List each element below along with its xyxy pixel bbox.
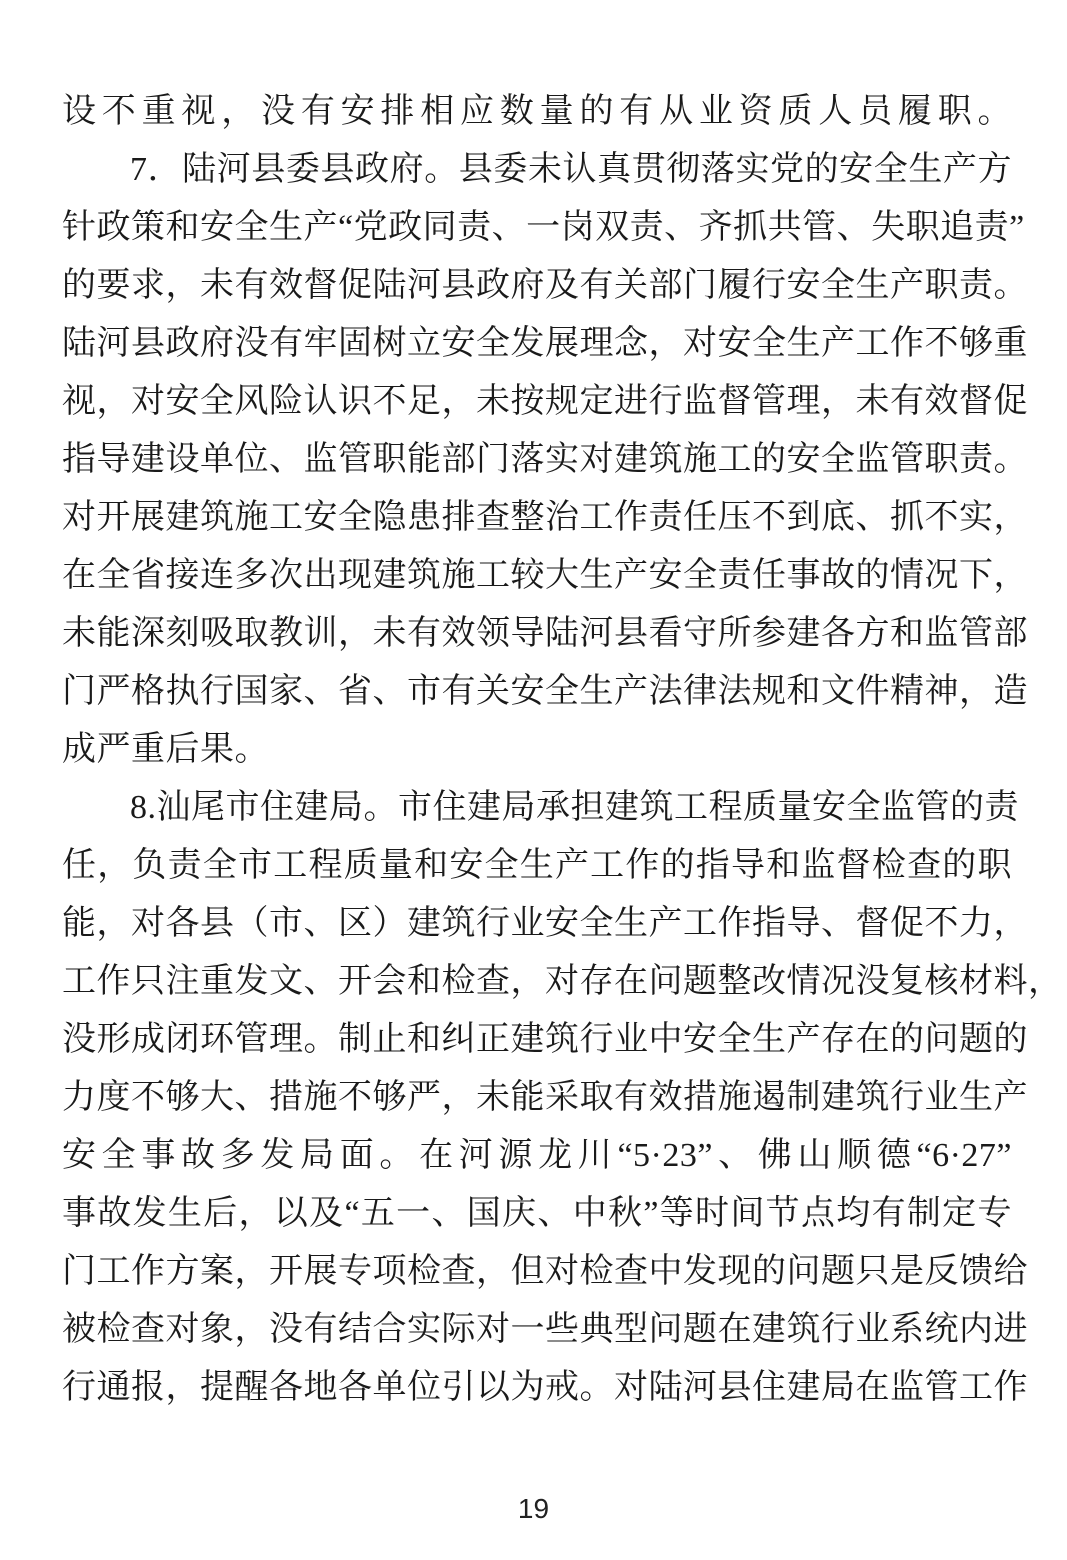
text-line: 没形成闭环管理。制止和纠正建筑行业中安全生产存在的问题的	[62, 1011, 1012, 1069]
text-line: 安全事故多发局面。在河源龙川“5·23”、佛山顺德“6·27”	[62, 1127, 1012, 1185]
text-line-paragraph-7-end: 成严重后果。	[62, 721, 1012, 779]
text-line: 设不重视，没有安排相应数量的有从业资质人员履职。	[62, 83, 1012, 141]
text-line-paragraph-7-start: 7．陆河县委县政府。县委未认真贯彻落实党的安全生产方	[62, 141, 1012, 199]
text-line: 的要求，未有效督促陆河县政府及有关部门履行安全生产职责。	[62, 257, 1012, 315]
text-line: 未能深刻吸取教训，未有效领导陆河县看守所参建各方和监管部	[62, 605, 1012, 663]
text-line: 行通报，提醒各地各单位引以为戒。对陆河县住建局在监管工作	[62, 1359, 1012, 1417]
text-line: 指导建设单位、监管职能部门落实对建筑施工的安全监管职责。	[62, 431, 1012, 489]
document-page: 设不重视，没有安排相应数量的有从业资质人员履职。 7．陆河县委县政府。县委未认真…	[0, 0, 1067, 1560]
text-line: 视，对安全风险认识不足，未按规定进行监督管理，未有效督促	[62, 373, 1012, 431]
text-line: 被检查对象，没有结合实际对一些典型问题在建筑行业系统内进	[62, 1301, 1012, 1359]
text-line: 力度不够大、措施不够严，未能采取有效措施遏制建筑行业生产	[62, 1069, 1012, 1127]
text-line: 门工作方案，开展专项检查，但对检查中发现的问题只是反馈给	[62, 1243, 1012, 1301]
text-line-paragraph-8-start: 8.汕尾市住建局。市住建局承担建筑工程质量安全监管的责	[62, 779, 1012, 837]
text-line: 事故发生后，以及“五一、国庆、中秋”等时间节点均有制定专	[62, 1185, 1012, 1243]
text-line: 任，负责全市工程质量和安全生产工作的指导和监督检查的职	[62, 837, 1012, 895]
text-line: 门严格执行国家、省、市有关安全生产法律法规和文件精神，造	[62, 663, 1012, 721]
text-line: 针政策和安全生产“党政同责、一岗双责、齐抓共管、失职追责”	[62, 199, 1012, 257]
text-line: 陆河县政府没有牢固树立安全发展理念，对安全生产工作不够重	[62, 315, 1012, 373]
page-number: 19	[0, 1492, 1067, 1526]
text-line: 在全省接连多次出现建筑施工较大生产安全责任事故的情况下，	[62, 547, 1012, 605]
document-body: 设不重视，没有安排相应数量的有从业资质人员履职。 7．陆河县委县政府。县委未认真…	[62, 83, 1012, 1417]
text-line: 能，对各县（市、区）建筑行业安全生产工作指导、督促不力，	[62, 895, 1012, 953]
text-line: 工作只注重发文、开会和检查，对存在问题整改情况没复核材料，	[62, 953, 1012, 1011]
text-line: 对开展建筑施工安全隐患排查整治工作责任压不到底、抓不实，	[62, 489, 1012, 547]
